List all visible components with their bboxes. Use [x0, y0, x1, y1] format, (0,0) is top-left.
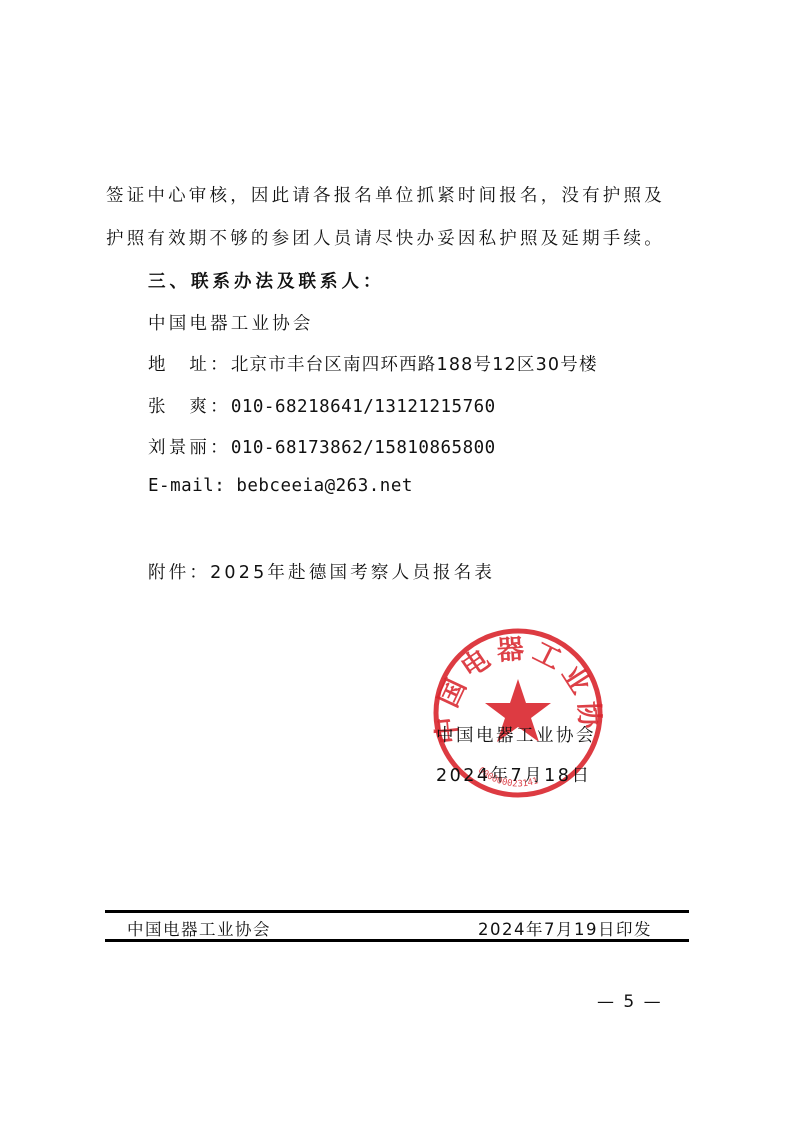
- contact-phone: 010-68218641/13121215760: [231, 397, 496, 417]
- paragraph-line-1: 签证中心审核，因此请各报名单位抓紧时间报名，没有护照及: [106, 182, 665, 207]
- contact-label: 刘景丽：: [148, 438, 231, 458]
- footer-issuer: 中国电器工业协会: [127, 916, 271, 940]
- footer-top-rule: [105, 910, 689, 913]
- contact-phone: 010-68173862/15810865800: [231, 438, 496, 458]
- address-label: 地 址：: [148, 355, 231, 375]
- section-heading: 三、联系办法及联系人：: [148, 268, 385, 293]
- attachment-line: 附件：2025年赴德国考察人员报名表: [148, 559, 495, 584]
- contact-label: 张 爽：: [148, 397, 231, 417]
- address-row: 地 址：北京市丰台区南四环西路188号12区30号楼: [148, 351, 598, 376]
- address-value: 北京市丰台区南四环西路188号12区30号楼: [231, 355, 598, 375]
- signature-organization: 中国电器工业协会: [436, 722, 596, 747]
- paragraph-line-2: 护照有效期不够的参团人员请尽快办妥因私护照及延期手续。: [106, 225, 665, 250]
- email-label: E-mail:: [148, 476, 225, 496]
- email-row: E-mail: bebceeia@263.net: [148, 476, 413, 496]
- organization-name: 中国电器工业协会: [148, 310, 314, 335]
- footer-bottom-rule: [105, 939, 689, 942]
- email-link[interactable]: bebceeia@263.net: [236, 476, 413, 496]
- signature-date: 2024年7月18日: [436, 762, 591, 787]
- contact-row-liu: 刘景丽：010-68173862/15810865800: [148, 434, 496, 459]
- page-number: — 5 —: [597, 992, 663, 1012]
- contact-row-zhang: 张 爽：010-68218641/13121215760: [148, 393, 496, 418]
- footer-issue-date: 2024年7月19日印发: [478, 916, 652, 940]
